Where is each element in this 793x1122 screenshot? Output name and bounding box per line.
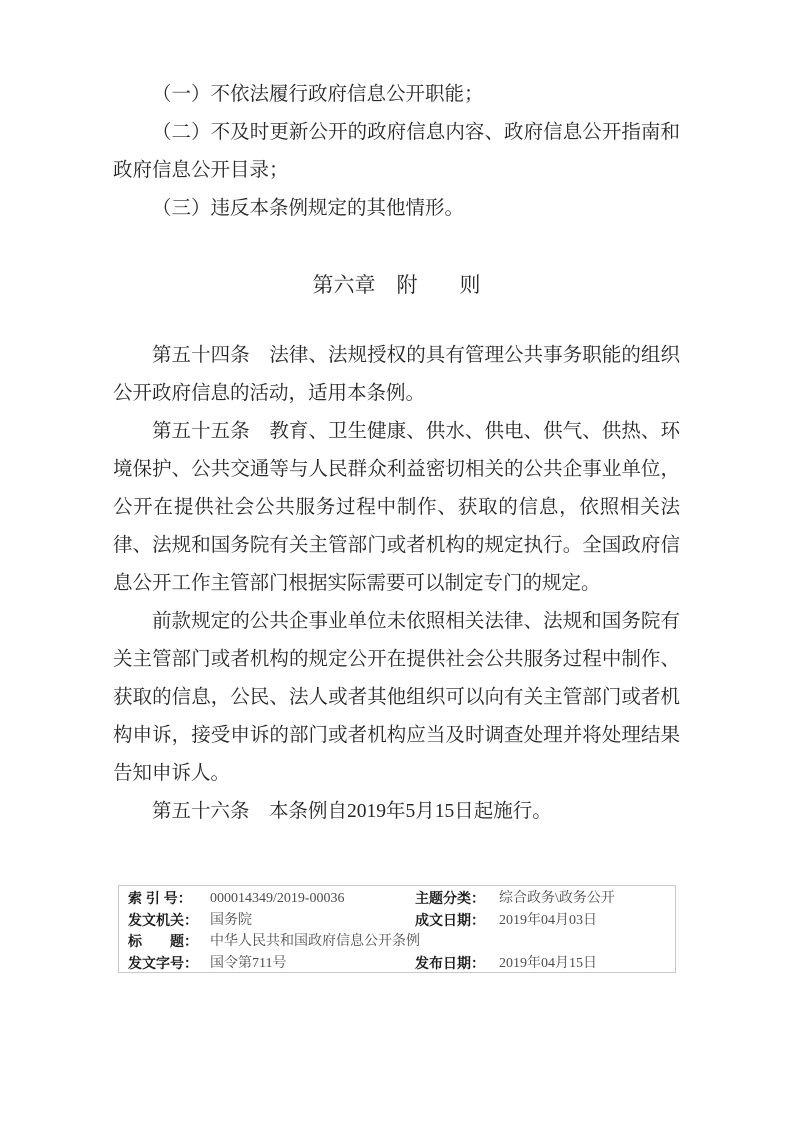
document-number-label: 发文字号： bbox=[128, 953, 202, 975]
clause-line: （三）违反本条例规定的其他情形。 bbox=[113, 190, 680, 228]
title-value: 中华人民共和国政府信息公开条例 bbox=[202, 931, 675, 953]
article-line: 境保护、公共交通等与人民群众利益密切相关的公共企事业单位， bbox=[113, 451, 680, 489]
article-line: 律、法规和国务院有关主管部门或者机构的规定执行。全国政府信 bbox=[113, 527, 680, 565]
metadata-row: 发文字号： 国令第711号 发布日期： 2019年04月15日 bbox=[128, 953, 675, 975]
topic-category-label: 主题分类： bbox=[415, 888, 491, 910]
article-line: 告知申诉人。 bbox=[113, 755, 680, 793]
document-page: （一）不依法履行政府信息公开职能； （二）不及时更新公开的政府信息内容、政府信息… bbox=[0, 0, 793, 1122]
article-line: 第五十五条 教育、卫生健康、供水、供电、供气、供热、环 bbox=[113, 413, 680, 451]
document-body: （一）不依法履行政府信息公开职能； （二）不及时更新公开的政府信息内容、政府信息… bbox=[113, 76, 680, 831]
index-number-label: 索 引 号： bbox=[128, 888, 202, 910]
article-line: 息公开工作主管部门根据实际需要可以制定专门的规定。 bbox=[113, 565, 680, 603]
metadata-row: 发文机关： 国务院 成文日期： 2019年04月03日 bbox=[128, 910, 675, 932]
index-number-value: 000014349/2019-00036 bbox=[202, 888, 415, 910]
article-line: 公开在提供社会公共服务过程中制作、获取的信息，依照相关法 bbox=[113, 489, 680, 527]
clause-line: （二）不及时更新公开的政府信息内容、政府信息公开指南和 bbox=[113, 114, 680, 152]
approval-date-label: 成文日期： bbox=[415, 910, 491, 932]
document-number-value: 国令第711号 bbox=[202, 953, 415, 975]
clause-line: （一）不依法履行政府信息公开职能； bbox=[113, 76, 680, 114]
clause-line: 政府信息公开目录； bbox=[113, 152, 680, 190]
publish-date-value: 2019年04月15日 bbox=[491, 953, 675, 975]
issuing-authority-value: 国务院 bbox=[202, 910, 415, 932]
metadata-row: 索 引 号： 000014349/2019-00036 主题分类： 综合政务\政… bbox=[128, 888, 675, 910]
approval-date-value: 2019年04月03日 bbox=[491, 910, 675, 932]
article-line: 获取的信息，公民、法人或者其他组织可以向有关主管部门或者机 bbox=[113, 679, 680, 717]
publish-date-label: 发布日期： bbox=[415, 953, 491, 975]
topic-category-value: 综合政务\政务公开 bbox=[491, 888, 675, 910]
article-line: 公开政府信息的活动，适用本条例。 bbox=[113, 375, 680, 413]
article-line: 前款规定的公共企事业单位未依照相关法律、法规和国务院有 bbox=[113, 603, 680, 641]
article-line: 关主管部门或者机构的规定公开在提供社会公共服务过程中制作、 bbox=[113, 641, 680, 679]
chapter-heading: 第六章 附 则 bbox=[113, 266, 680, 304]
issuing-authority-label: 发文机关： bbox=[128, 910, 202, 932]
metadata-row: 标 题： 中华人民共和国政府信息公开条例 bbox=[128, 931, 675, 953]
article-line: 第五十六条 本条例自2019年5月15日起施行。 bbox=[113, 793, 680, 831]
article-line: 第五十四条 法律、法规授权的具有管理公共事务职能的组织 bbox=[113, 337, 680, 375]
article-line: 构申诉，接受申诉的部门或者机构应当及时调查处理并将处理结果 bbox=[113, 717, 680, 755]
title-label: 标 题： bbox=[128, 931, 202, 953]
metadata-box: 索 引 号： 000014349/2019-00036 主题分类： 综合政务\政… bbox=[118, 885, 676, 973]
